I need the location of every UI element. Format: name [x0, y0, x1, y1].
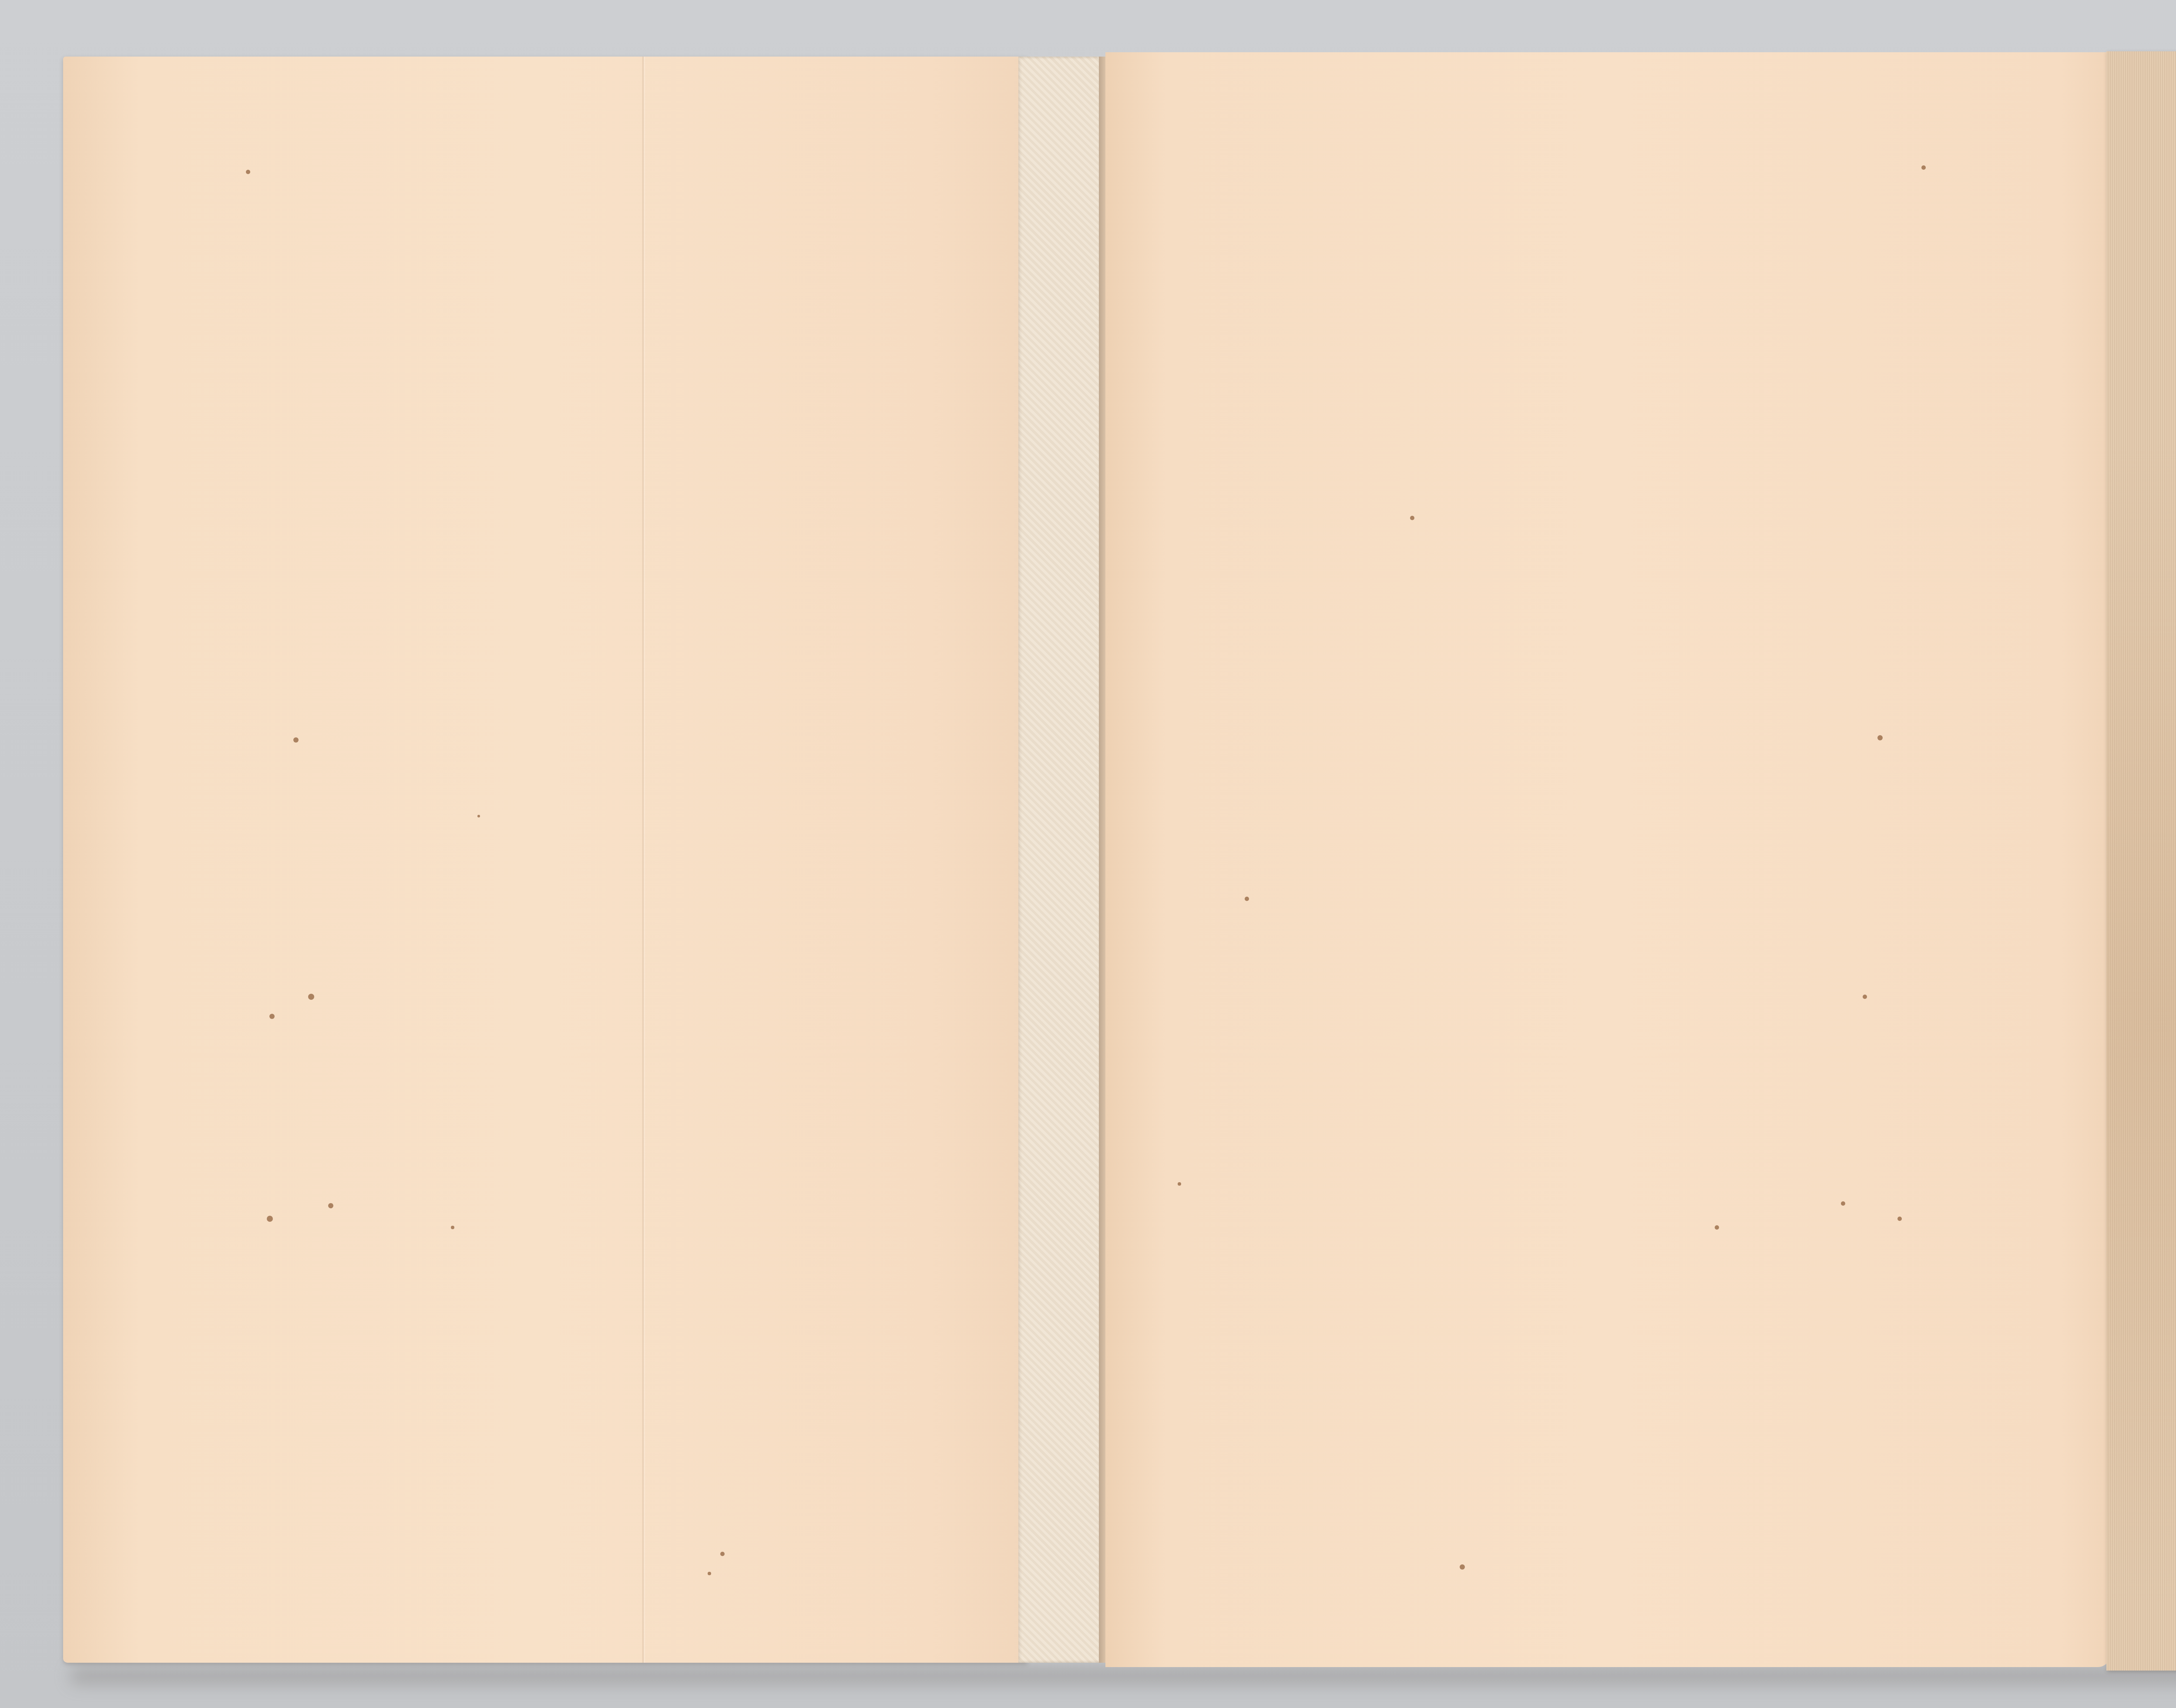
foxing-spot	[1863, 995, 1867, 999]
foxing-spot	[269, 1014, 275, 1019]
page-edges	[2106, 51, 2176, 1671]
left-page	[63, 57, 1027, 1663]
foxing-spot	[708, 1572, 711, 1575]
foxing-spot	[1841, 1201, 1845, 1206]
foxing-spot	[1178, 1182, 1181, 1186]
foxing-spot	[1921, 165, 1926, 170]
foxing-spot	[1897, 1217, 1902, 1221]
foxing-spot	[1460, 1564, 1465, 1570]
foxing-spot	[451, 1226, 454, 1229]
foxing-spot	[1410, 516, 1414, 520]
foxing-spot	[1877, 735, 1883, 740]
foxing-spot	[308, 994, 314, 1000]
foxing-spot	[267, 1216, 273, 1222]
foxing-spot	[246, 170, 250, 174]
page-crease	[642, 57, 645, 1663]
foxing-spot	[1715, 1225, 1719, 1230]
foxing-spot	[1245, 897, 1249, 901]
foxing-spot	[328, 1203, 333, 1208]
cloth-spine-strip	[1018, 57, 1103, 1663]
right-page	[1105, 52, 2111, 1667]
book-shadow	[70, 1667, 2176, 1684]
foxing-spot	[477, 815, 480, 817]
foxing-spot	[720, 1552, 725, 1556]
foxing-spot	[293, 737, 299, 743]
